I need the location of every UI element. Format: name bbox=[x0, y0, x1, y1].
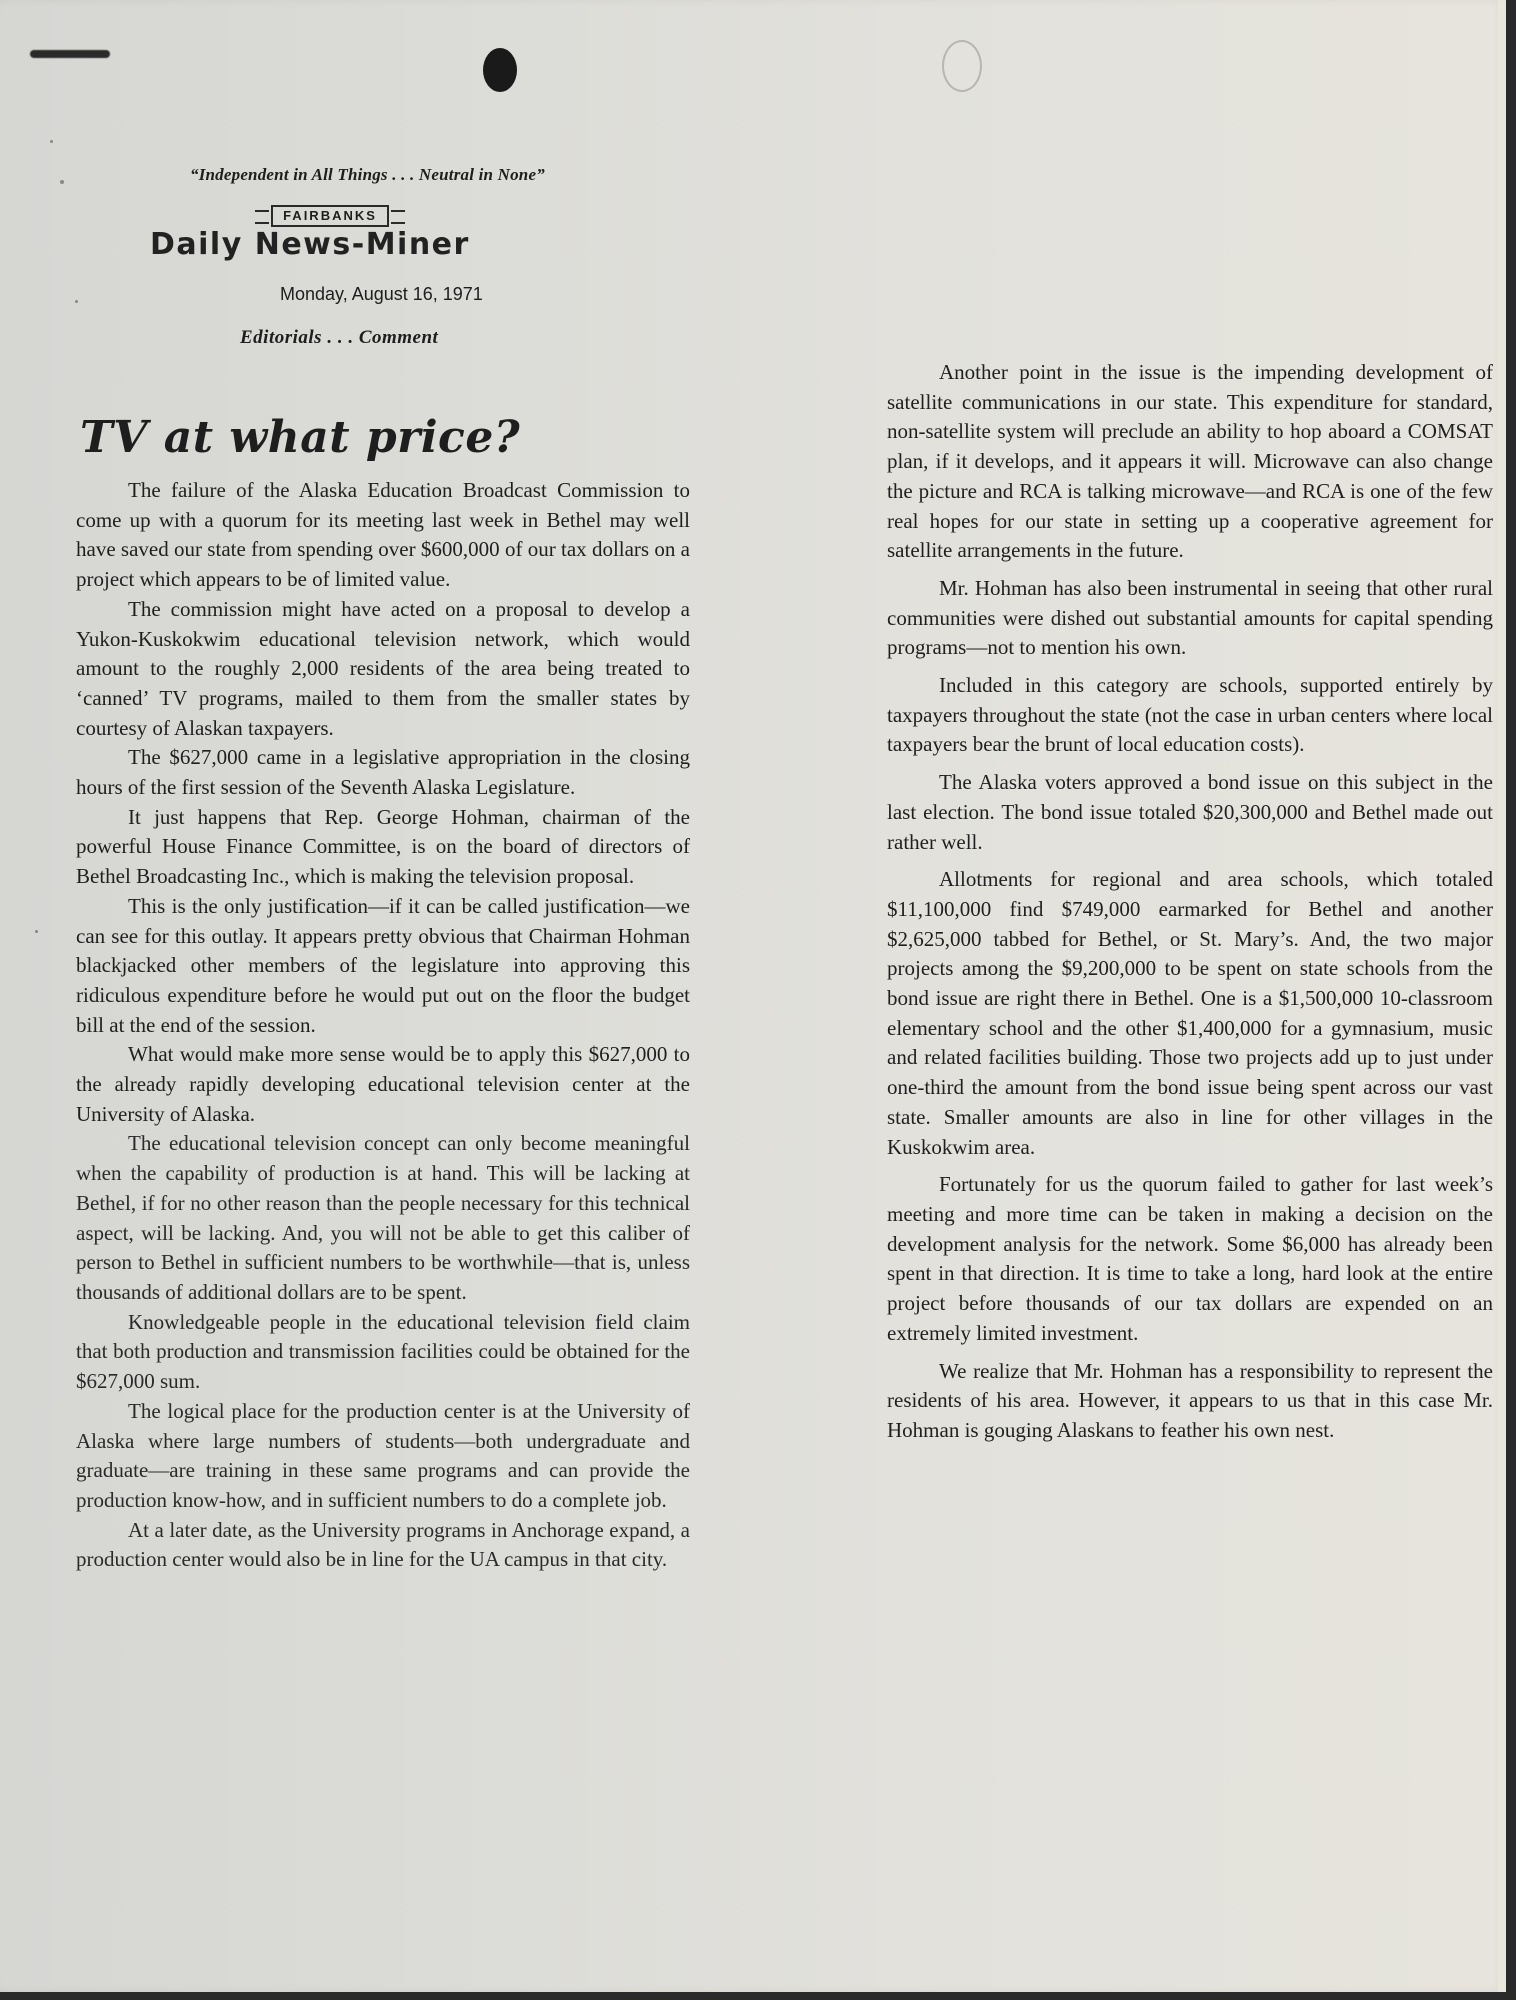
punch-hole-icon bbox=[942, 40, 982, 92]
page-edge bbox=[1498, 0, 1506, 1992]
ink-smudge bbox=[30, 50, 110, 58]
motto: “Independent in All Things . . . Neutral… bbox=[190, 165, 620, 185]
paragraph: We realize that Mr. Hohman has a respons… bbox=[887, 1357, 1493, 1446]
paragraph: Mr. Hohman has also been instrumental in… bbox=[887, 574, 1493, 663]
paragraph: The educational television concept can o… bbox=[76, 1129, 690, 1307]
paragraph: Another point in the issue is the impend… bbox=[887, 358, 1493, 566]
left-column: The failure of the Alaska Education Broa… bbox=[76, 476, 690, 1575]
publication-date: Monday, August 16, 1971 bbox=[190, 284, 620, 305]
paragraph: At a later date, as the University progr… bbox=[76, 1516, 690, 1575]
paragraph: Included in this category are schools, s… bbox=[887, 671, 1493, 760]
headline: TV at what price? bbox=[80, 412, 520, 463]
paragraph: It just happens that Rep. George Hohman,… bbox=[76, 803, 690, 892]
masthead: “Independent in All Things . . . Neutral… bbox=[150, 165, 620, 349]
speck bbox=[35, 930, 38, 933]
paragraph: The failure of the Alaska Education Broa… bbox=[76, 476, 690, 595]
paragraph: The Alaska voters approved a bond issue … bbox=[887, 768, 1493, 857]
paragraph: Knowledgeable people in the educational … bbox=[76, 1308, 690, 1397]
paper-name: Daily News-Miner bbox=[150, 227, 620, 262]
right-column: Another point in the issue is the impend… bbox=[887, 358, 1493, 1454]
newspaper-clipping: “Independent in All Things . . . Neutral… bbox=[0, 0, 1506, 1992]
paragraph: The commission might have acted on a pro… bbox=[76, 595, 690, 744]
paragraph: Allotments for regional and area schools… bbox=[887, 865, 1493, 1162]
speck bbox=[75, 300, 78, 303]
city-banner: FAIRBANKS bbox=[271, 205, 389, 227]
paragraph: The logical place for the production cen… bbox=[76, 1397, 690, 1516]
paragraph: The $627,000 came in a legislative appro… bbox=[76, 743, 690, 802]
punch-hole-icon bbox=[483, 48, 517, 92]
banner-ribbon: FAIRBANKS bbox=[230, 205, 430, 227]
paragraph: This is the only justification—if it can… bbox=[76, 892, 690, 1041]
speck bbox=[50, 140, 53, 143]
section-label: Editorials . . . Comment bbox=[150, 327, 620, 349]
paragraph: Fortunately for us the quorum failed to … bbox=[887, 1170, 1493, 1348]
paragraph: What would make more sense would be to a… bbox=[76, 1040, 690, 1129]
speck bbox=[60, 180, 64, 184]
